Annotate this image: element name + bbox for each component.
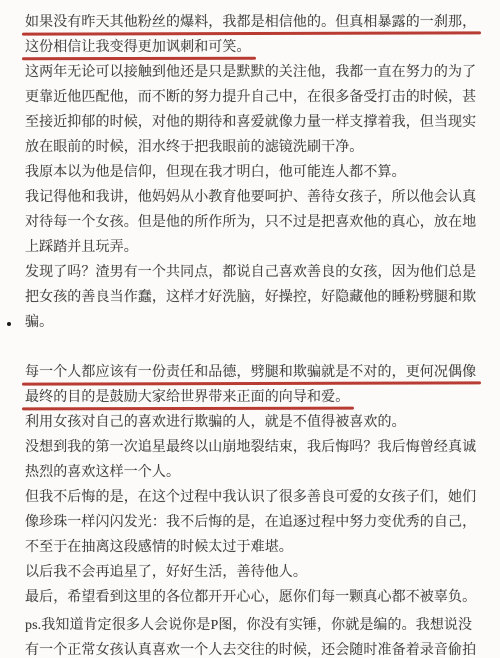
text-line: 没想到我的第一次追星最终以山崩地裂结束，我后悔吗？我后悔曾经真诚	[25, 435, 480, 460]
text-line: 更靠近他匹配他，而不断的努力提升自己中，在很多备受打击的时候，甚	[25, 85, 480, 110]
text-line: 至接近抑郁的时候，对他的期待和喜爱就像力量一样支撑着我，但当现实	[25, 110, 480, 135]
underlined-text: 最终的目的是鼓励大家给世界带来正面的向导和爱。	[25, 385, 349, 410]
text: 放在眼前的时候，泪水终于把我眼前的滤镜洗刷干净。	[25, 135, 363, 160]
text-line: 骗。	[25, 310, 480, 335]
text: 不至于在抽离这段感情的时候太过于难堪。	[25, 535, 293, 560]
text: 利用女孩对自己的喜欢进行欺骗的人，就是不值得被喜欢的。	[25, 410, 406, 435]
text-line: 如果没有昨天其他粉丝的爆料，我都是相信他的。但真相暴露的一刹那，	[25, 10, 480, 35]
text-line: 有一个正常女孩认真喜欢一个人去交往的时候，还会随时准备着录音偷拍	[25, 638, 480, 658]
text-line: 把女孩的善良当作蠢，这样才好洗脑，好操控，好隐藏他的睡粉劈腿和欺	[25, 285, 480, 310]
text-line: 对待每一个女孩。但是他的所作所为，只不过是把喜欢他的真心，放在地	[25, 210, 480, 235]
text-line: ps.我知道肯定很多人会说你是P图，你没有实锤，你就是编的。我想说没	[25, 613, 480, 638]
document-body: 如果没有昨天其他粉丝的爆料，我都是相信他的。但真相暴露的一刹那，这份相信让我变得…	[0, 0, 500, 658]
text: 但我不后悔的是，在这个过程中我认识了很多善良可爱的女孩子们，她们	[25, 485, 476, 510]
text: 我记得他和我讲，他妈妈从小教育他要呵护、善待女孩子，所以他会认真	[25, 185, 476, 210]
text: 骗。	[25, 310, 53, 335]
text-line: 每一个人都应该有一份责任和品德，劈腿和欺骗就是不对的，更何况偶像	[25, 360, 480, 385]
text-line: 最后，希望看到这里的各位都开开心心，愿你们每一颗真心都不被辜负。	[25, 585, 480, 610]
text: 我原本以为他是信仰，但现在我才明白，他可能连人都不算。	[25, 160, 406, 185]
text: 把女孩的善良当作蠢，这样才好洗脑，好操控，好隐藏他的睡粉劈腿和欺	[25, 285, 476, 310]
text-line: 上踩踏并且玩弄。	[25, 235, 480, 260]
text: 最后，希望看到这里的各位都开开心心，愿你们每一颗真心都不被辜负。	[25, 585, 476, 610]
text: 发现了吗？渣男有一个共同点，都说自己喜欢善良的女孩，因为他们总是	[25, 260, 476, 285]
underlined-text: 这份相信让我变得更加讽刺和可笑。	[25, 35, 251, 60]
text-line: 不至于在抽离这段感情的时候太过于难堪。	[25, 535, 480, 560]
underlined-text: 如果没有昨天其他粉丝的爆料，我都是相信他的。但真相暴露的一刹那，	[25, 10, 476, 35]
text-line: 但我不后悔的是，在这个过程中我认识了很多善良可爱的女孩子们，她们	[25, 485, 480, 510]
text-line: 最终的目的是鼓励大家给世界带来正面的向导和爱。	[25, 385, 480, 410]
text-line: 我原本以为他是信仰，但现在我才明白，他可能连人都不算。	[25, 160, 480, 185]
text: 以后我不会再追星了，好好生活，善待他人。	[25, 560, 307, 585]
text: 上踩踏并且玩弄。	[25, 235, 138, 260]
text-line: 这份相信让我变得更加讽刺和可笑。	[25, 35, 480, 60]
text: 至接近抑郁的时候，对他的期待和喜爱就像力量一样支撑着我，但当现实	[25, 110, 476, 135]
text-line: 我记得他和我讲，他妈妈从小教育他要呵护、善待女孩子，所以他会认真	[25, 185, 480, 210]
text: ps.我知道肯定很多人会说你是P图，你没有实锤，你就是编的。我想说没	[25, 613, 472, 638]
margin-bullet-dot	[7, 322, 11, 326]
text-line: 像珍珠一样闪闪发光：我不后悔的是，在追逐过程中努力变优秀的自己，	[25, 510, 480, 535]
text: 热烈的喜欢这样一个人。	[25, 460, 180, 485]
text-line: 放在眼前的时候，泪水终于把我眼前的滤镜洗刷干净。	[25, 135, 480, 160]
text-line: 这两年无论可以接触到他还是只是默默的关注他，我都一直在努力的为了	[25, 60, 480, 85]
text-line: 以后我不会再追星了，好好生活，善待他人。	[25, 560, 480, 585]
text: 没想到我的第一次追星最终以山崩地裂结束，我后悔吗？我后悔曾经真诚	[25, 435, 476, 460]
text-line: 热烈的喜欢这样一个人。	[25, 460, 480, 485]
text: 这两年无论可以接触到他还是只是默默的关注他，我都一直在努力的为了	[25, 60, 476, 85]
text: 对待每一个女孩。但是他的所作所为，只不过是把喜欢他的真心，放在地	[25, 210, 476, 235]
text: 更靠近他匹配他，而不断的努力提升自己中，在很多备受打击的时候，甚	[25, 85, 476, 110]
underlined-text: 每一个人都应该有一份责任和品德，劈腿和欺骗就是不对的，更何况偶像	[25, 360, 476, 385]
text-line: 发现了吗？渣男有一个共同点，都说自己喜欢善良的女孩，因为他们总是	[25, 260, 480, 285]
text: 像珍珠一样闪闪发光：我不后悔的是，在追逐过程中努力变优秀的自己，	[25, 510, 476, 535]
text: 有一个正常女孩认真喜欢一个人去交往的时候，还会随时准备着录音偷拍	[25, 638, 476, 658]
text-line: 利用女孩对自己的喜欢进行欺骗的人，就是不值得被喜欢的。	[25, 410, 480, 435]
